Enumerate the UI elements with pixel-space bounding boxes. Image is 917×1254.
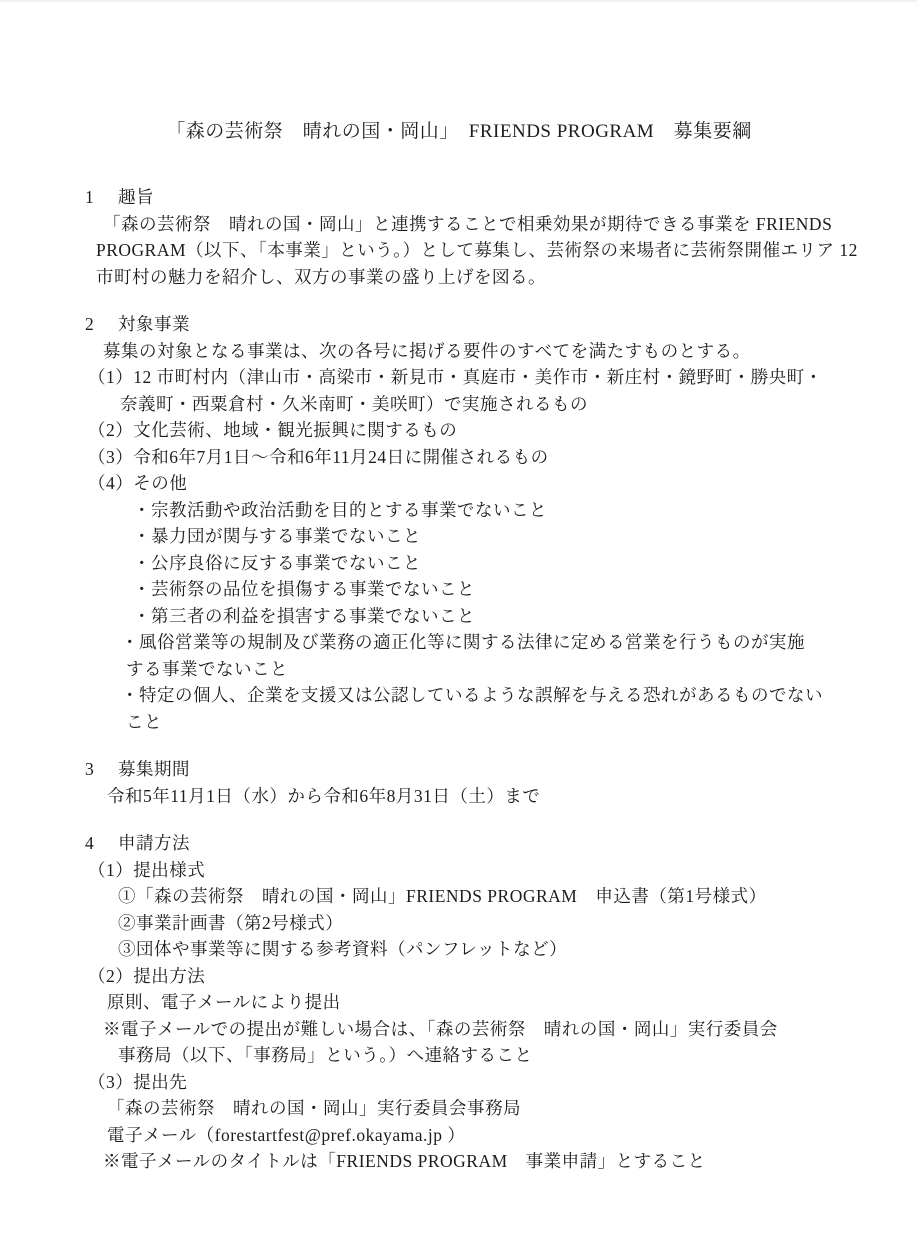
section-heading-text: 募集期間	[118, 759, 190, 779]
section-purpose: 1趣旨 「森の芸術祭 晴れの国・岡山」と連携することで相乗効果が期待できる事業を…	[85, 184, 833, 290]
doc-line: （2）提出方法	[85, 963, 833, 990]
doc-line: 市町村の魅力を紹介し、双方の事業の盛り上げを図る。	[85, 264, 833, 291]
doc-line: ・暴力団が関与する事業でないこと	[85, 523, 833, 550]
section-heading-text: 対象事業	[118, 314, 190, 334]
section-application-period: 3募集期間 令和5年11月1日（水）から令和6年8月31日（土）まで	[85, 756, 833, 809]
section-heading: 4申請方法	[85, 830, 833, 857]
doc-line: こと	[85, 709, 833, 736]
section-number: 1	[85, 184, 118, 211]
section-heading: 2対象事業	[85, 311, 833, 338]
doc-line: （2）文化芸術、地域・観光振興に関するもの	[85, 417, 833, 444]
section-heading-text: 申請方法	[118, 833, 190, 853]
doc-line: 募集の対象となる事業は、次の各号に掲げる要件のすべてを満たすものとする。	[85, 338, 833, 365]
doc-line: （1）提出様式	[85, 857, 833, 884]
doc-line: ・第三者の利益を損害する事業でないこと	[85, 603, 833, 630]
page-title: 「森の芸術祭 晴れの国・岡山」 FRIENDS PROGRAM 募集要綱	[85, 118, 833, 145]
doc-line: PROGRAM（以下、「本事業」という。）として募集し、芸術祭の来場者に芸術祭開…	[85, 237, 833, 264]
doc-line: ・公序良俗に反する事業でないこと	[85, 550, 833, 577]
section-number: 2	[85, 311, 118, 338]
doc-line: ※電子メールのタイトルは「FRIENDS PROGRAM 事業申請」とすること	[85, 1148, 833, 1175]
doc-line: する事業でないこと	[85, 656, 833, 683]
doc-line: （4）その他	[85, 470, 833, 497]
doc-line: 「森の芸術祭 晴れの国・岡山」実行委員会事務局	[85, 1095, 833, 1122]
document-page: 「森の芸術祭 晴れの国・岡山」 FRIENDS PROGRAM 募集要綱 1趣旨…	[0, 0, 917, 1254]
doc-line: ③団体や事業等に関する参考資料（パンフレットなど）	[85, 936, 833, 963]
doc-line: ・風俗営業等の規制及び業務の適正化等に関する法律に定める営業を行うものが実施	[85, 629, 833, 656]
scan-top-edge	[0, 0, 917, 2]
doc-line: ※電子メールでの提出が難しい場合は、「森の芸術祭 晴れの国・岡山」実行委員会	[85, 1016, 833, 1043]
section-heading-text: 趣旨	[118, 187, 154, 207]
doc-line: ②事業計画書（第2号様式）	[85, 910, 833, 937]
doc-line: ・芸術祭の品位を損傷する事業でないこと	[85, 576, 833, 603]
doc-line: 原則、電子メールにより提出	[85, 989, 833, 1016]
section-application-method: 4申請方法 （1）提出様式 ①「森の芸術祭 晴れの国・岡山」FRIENDS PR…	[85, 830, 833, 1175]
doc-line: 奈義町・西粟倉村・久米南町・美咲町）で実施されるもの	[85, 391, 833, 418]
doc-line: （3）提出先	[85, 1069, 833, 1096]
section-heading: 3募集期間	[85, 756, 833, 783]
email-line: 電子メール（forestartfest@pref.okayama.jp ）	[85, 1122, 833, 1149]
doc-line: （3）令和6年7月1日～令和6年11月24日に開催されるもの	[85, 444, 833, 471]
doc-line: 事務局（以下、「事務局」という。）へ連絡すること	[85, 1042, 833, 1069]
doc-line: ①「森の芸術祭 晴れの国・岡山」FRIENDS PROGRAM 申込書（第1号様…	[85, 883, 833, 910]
section-number: 4	[85, 830, 118, 857]
doc-line: ・特定の個人、企業を支援又は公認しているような誤解を与える恐れがあるものでない	[85, 682, 833, 709]
doc-line: 「森の芸術祭 晴れの国・岡山」と連携することで相乗効果が期待できる事業を FRI…	[85, 211, 833, 238]
section-target-projects: 2対象事業 募集の対象となる事業は、次の各号に掲げる要件のすべてを満たすものとす…	[85, 311, 833, 735]
doc-line: ・宗教活動や政治活動を目的とする事業でないこと	[85, 497, 833, 524]
doc-line: 令和5年11月1日（水）から令和6年8月31日（土）まで	[85, 783, 833, 810]
section-heading: 1趣旨	[85, 184, 833, 211]
doc-line: （1）12 市町村内（津山市・高梁市・新見市・真庭市・美作市・新庄村・鏡野町・勝…	[85, 364, 833, 391]
section-number: 3	[85, 756, 118, 783]
